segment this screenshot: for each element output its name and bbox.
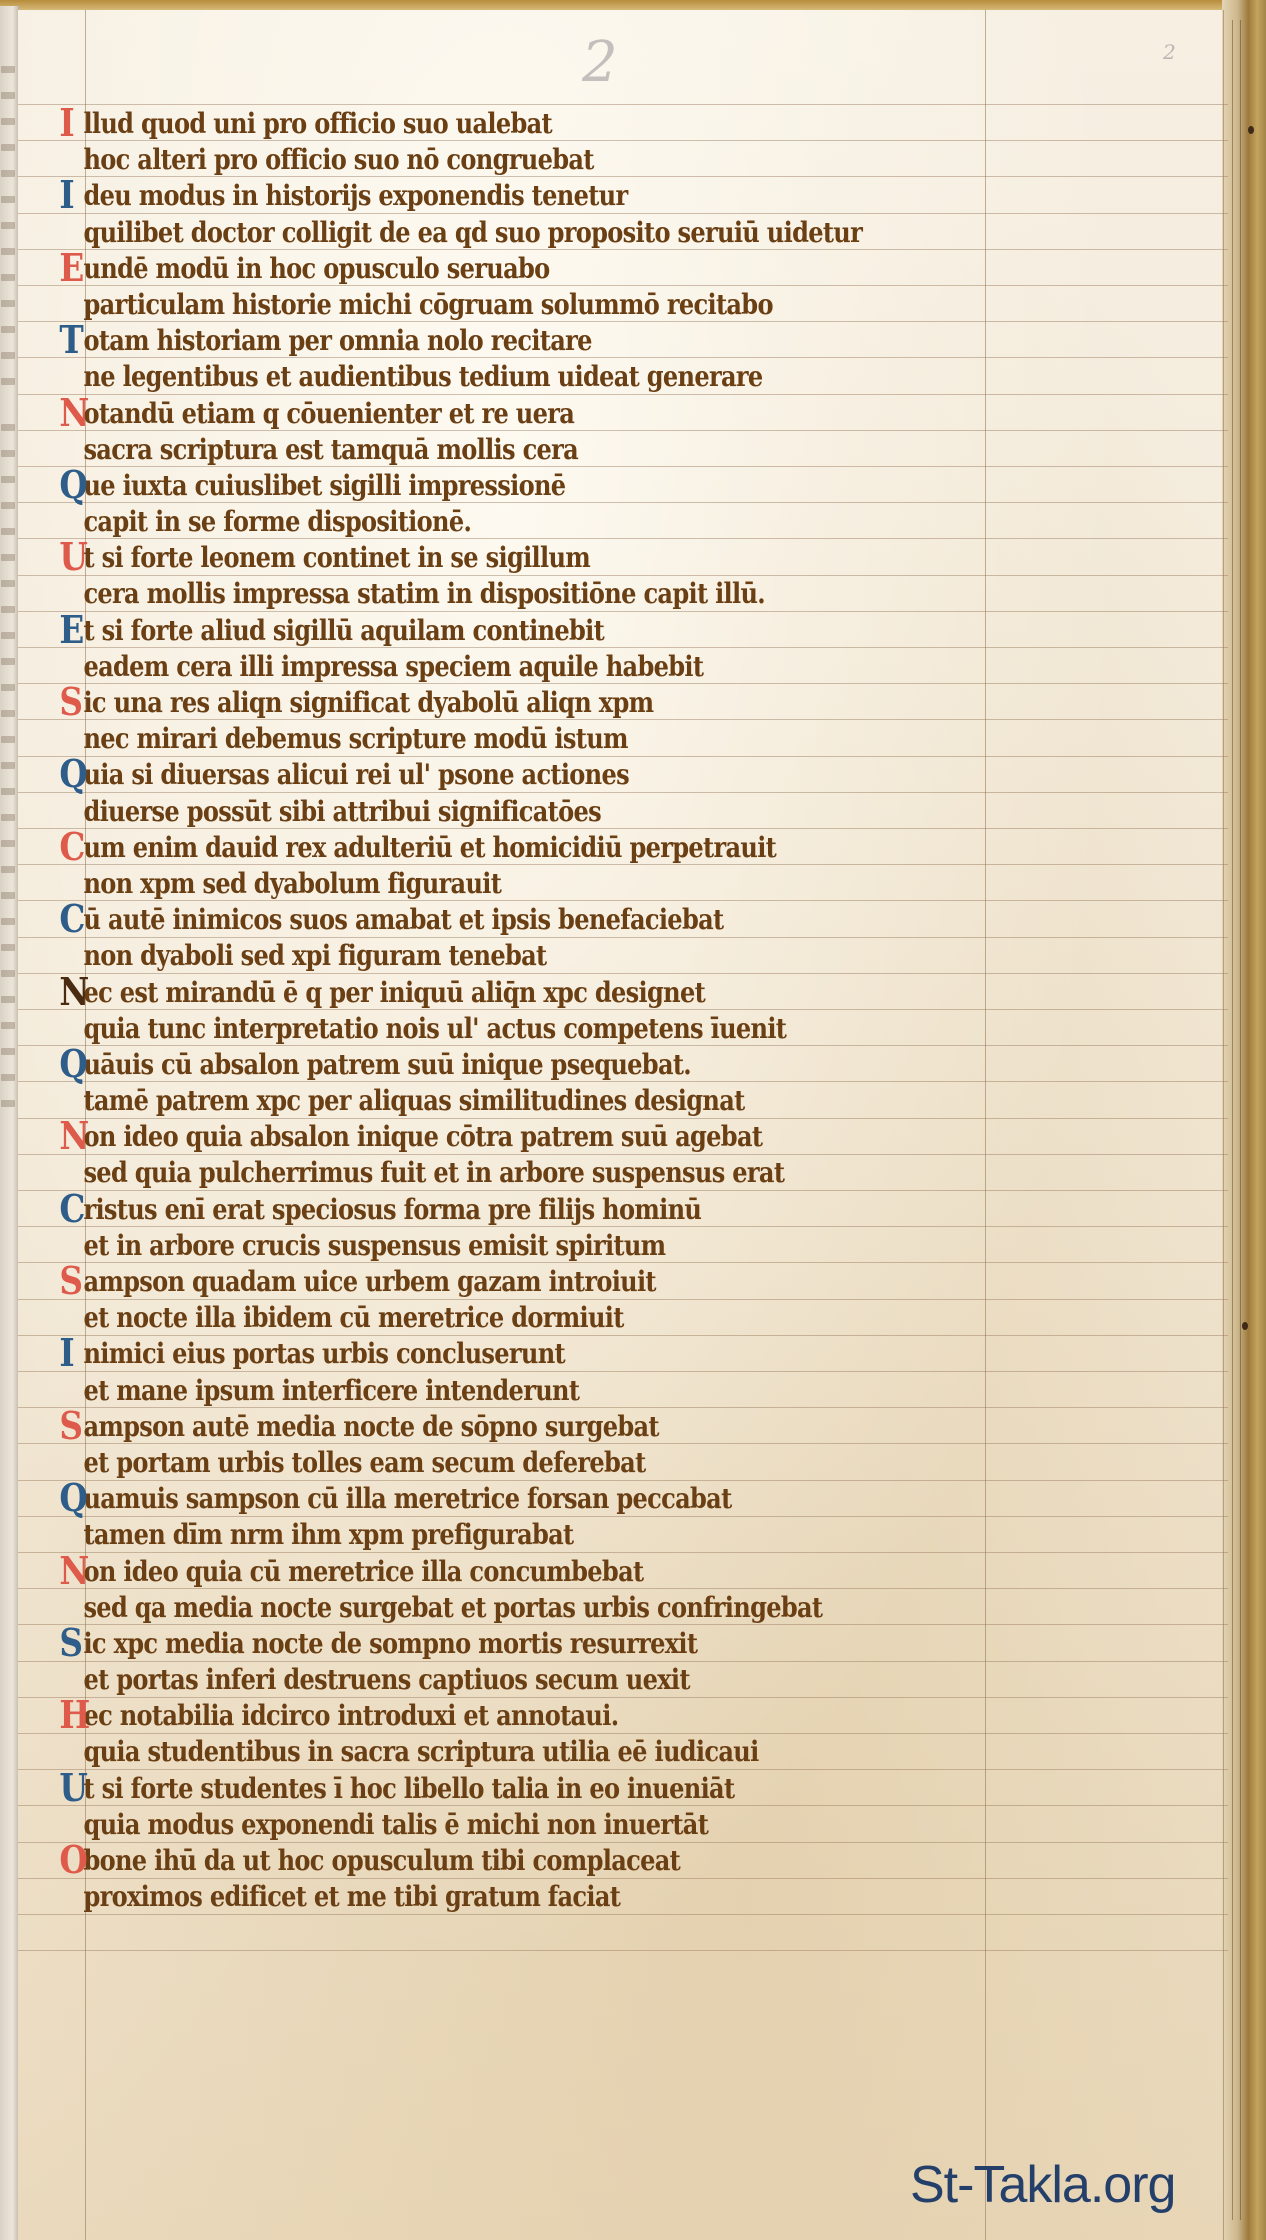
line-text: ampson autē media nocte de sōpno surgeba…	[80, 1410, 659, 1443]
line-text: quia modus exponendi talis ē michi non i…	[80, 1808, 708, 1841]
line-text: nec mirari debemus scripture modū istum	[80, 722, 628, 755]
facing-page-text	[1, 1074, 15, 1081]
manuscript-text-block: Illud quod uni pro officio suo ualebatho…	[80, 106, 980, 1915]
rubricated-initial: I	[59, 1334, 74, 1372]
text-line: quilibet doctor colligit de ea qd suo pr…	[80, 215, 854, 251]
line-text: et nocte illa ibidem cū meretrice dormiu…	[80, 1301, 624, 1334]
line-text: et portam urbis tolles eam secum defereb…	[80, 1446, 646, 1479]
line-text: sed qa media nocte surgebat et portas ur…	[80, 1591, 822, 1624]
facing-page-text	[1, 66, 15, 73]
ruling-right-margin	[985, 10, 986, 2240]
line-text: uamuis sampson cū illa meretrice forsan …	[80, 1482, 732, 1515]
facing-page-text	[1, 450, 15, 457]
line-text: t si forte studentes ī hoc libello talia…	[80, 1772, 734, 1805]
facing-page-text	[1, 300, 15, 307]
text-line: sed qa media nocte surgebat et portas ur…	[80, 1590, 854, 1626]
wormhole-mark	[1248, 126, 1254, 134]
text-line: Et si forte aliud sigillū aquilam contin…	[80, 613, 854, 649]
rubricated-initial: N	[59, 973, 88, 1011]
line-text: diuerse possūt sibi attribui significatō…	[80, 795, 601, 828]
rubricated-initial: C	[59, 1190, 84, 1228]
line-text: undē modū in hoc opusculo seruabo	[80, 252, 550, 285]
text-line: Totam historiam per omnia nolo recitare	[80, 323, 854, 359]
facing-page-text	[1, 528, 15, 535]
facing-page-text	[1, 866, 15, 873]
facing-page-text	[1, 736, 15, 743]
facing-page-text	[1, 840, 15, 847]
text-line: et mane ipsum interficere intenderunt	[80, 1373, 854, 1409]
line-text: on ideo quia absalon inique cōtra patrem…	[80, 1120, 762, 1153]
text-line: Sampson quadam uice urbem gazam introiui…	[80, 1264, 854, 1300]
rubricated-initial: Q	[59, 466, 87, 504]
facing-page-text	[1, 144, 15, 151]
rubricated-initial: H	[59, 1696, 89, 1734]
rubricated-initial: S	[59, 683, 82, 721]
line-text: um enim dauid rex adulteriū et homicidiū…	[80, 831, 776, 864]
facing-page-text	[1, 918, 15, 925]
line-text: ne legentibus et audientibus tedium uide…	[80, 360, 763, 393]
facing-page-text	[1, 632, 15, 639]
line-text: t si forte aliud sigillū aquilam contine…	[80, 614, 604, 647]
facing-page-text	[1, 170, 15, 177]
rubricated-initial: N	[59, 394, 88, 432]
text-line: et in arbore crucis suspensus emisit spi…	[80, 1228, 854, 1264]
line-text: hoc alteri pro officio suo nō congruebat	[80, 143, 594, 176]
text-line: Cristus enī erat speciosus forma pre fil…	[80, 1192, 854, 1228]
line-text: uāuis cū absalon patrem suū inique psequ…	[80, 1048, 691, 1081]
line-text: sacra scriptura est tamquā mollis cera	[80, 433, 578, 466]
line-text: on ideo quia cū meretrice illa concumbeb…	[80, 1555, 643, 1588]
line-text: ristus enī erat speciosus forma pre fili…	[80, 1193, 701, 1226]
line-text: non dyaboli sed xpi figuram tenebat	[80, 939, 546, 972]
line-text: t si forte leonem continet in se sigillu…	[80, 541, 590, 574]
text-line: Que iuxta cuiuslibet sigilli impressionē	[80, 468, 854, 504]
line-text: quia tunc interpretatio nois ul' actus c…	[80, 1012, 786, 1045]
rubricated-initial: S	[59, 1407, 82, 1445]
text-line: quia studentibus in sacra scriptura util…	[80, 1734, 854, 1770]
text-line: sed quia pulcherrimus fuit et in arbore …	[80, 1155, 854, 1191]
line-text: ū autē inimicos suos amabat et ipsis ben…	[80, 903, 723, 936]
line-text: sed quia pulcherrimus fuit et in arbore …	[80, 1156, 784, 1189]
text-line: quia modus exponendi talis ē michi non i…	[80, 1807, 854, 1843]
text-line: Eundē modū in hoc opusculo seruabo	[80, 251, 854, 287]
facing-page-text	[1, 996, 15, 1003]
text-line: Ideu modus in historijs exponendis tenet…	[80, 178, 854, 214]
line-text: ampson quadam uice urbem gazam introiuit	[80, 1265, 656, 1298]
rubricated-initial: E	[59, 611, 83, 649]
facing-page-text	[1, 1100, 15, 1107]
rubricated-initial: T	[59, 321, 83, 359]
facing-page-text	[1, 222, 15, 229]
text-line: capit in se forme dispositionē.	[80, 504, 854, 540]
folio-number-pencil: 2	[582, 30, 618, 95]
line-text: proximos edificet et me tibi gratum faci…	[80, 1880, 620, 1913]
facing-page-text	[1, 788, 15, 795]
rubricated-initial: N	[59, 1552, 88, 1590]
facing-page-text	[1, 762, 15, 769]
text-line: et portam urbis tolles eam secum defereb…	[80, 1445, 854, 1481]
line-text: ic xpc media nocte de sompno mortis resu…	[80, 1627, 697, 1660]
line-text: quia studentibus in sacra scriptura util…	[80, 1735, 759, 1768]
rubricated-initial: I	[59, 176, 74, 214]
facing-page-text	[1, 710, 15, 717]
facing-page-text	[1, 274, 15, 281]
text-line: Ut si forte studentes ī hoc libello tali…	[80, 1771, 854, 1807]
text-line: proximos edificet et me tibi gratum faci…	[80, 1879, 854, 1915]
text-line: non dyaboli sed xpi figuram tenebat	[80, 938, 854, 974]
facing-page-text	[1, 326, 15, 333]
text-line: Sic xpc media nocte de sompno mortis res…	[80, 1626, 854, 1662]
line-text: ec notabilia idcirco introduxi et annota…	[80, 1699, 618, 1732]
rubricated-initial: S	[59, 1262, 82, 1300]
text-line: tamen dīm nrm ihm xpm prefigurabat	[80, 1517, 854, 1553]
facing-page-text	[1, 118, 15, 125]
ruling-line	[18, 1950, 1228, 1951]
fore-edge-line	[1232, 20, 1233, 2220]
top-binding-edge	[0, 0, 1266, 10]
text-line: cera mollis impressa statim in dispositi…	[80, 576, 854, 612]
text-line: Quia si diuersas alicui rei ul' psone ac…	[80, 757, 854, 793]
text-line: particulam historie michi cōgruam solumm…	[80, 287, 854, 323]
line-text: et portas inferi destruens captiuos secu…	[80, 1663, 690, 1696]
line-text: ec est mirandū ē q per iniquū aliq̄n xpc…	[80, 976, 705, 1009]
text-line: Sic una res aliqn significat dyabolū ali…	[80, 685, 854, 721]
fore-edge-line	[1240, 20, 1241, 2220]
line-text: tamē patrem xpc per aliquas similitudine…	[80, 1084, 745, 1117]
text-line: Ut si forte leonem continet in se sigill…	[80, 540, 854, 576]
line-text: particulam historie michi cōgruam solumm…	[80, 288, 773, 321]
text-line: Cum enim dauid rex adulteriū et homicidi…	[80, 830, 854, 866]
facing-page-text	[1, 378, 15, 385]
facing-page-text	[1, 606, 15, 613]
text-line: Hec notabilia idcirco introduxi et annot…	[80, 1698, 854, 1734]
text-line: Inimici eius portas urbis concluserunt	[80, 1336, 854, 1372]
line-text: eadem cera illi impressa speciem aquile …	[80, 650, 703, 683]
line-text: non xpm sed dyabolum figurauit	[80, 867, 501, 900]
facing-page-text	[1, 196, 15, 203]
line-text: tamen dīm nrm ihm xpm prefigurabat	[80, 1518, 573, 1551]
line-text: otandū etiam q cōuenienter et re uera	[80, 397, 574, 430]
text-line: Obone ihū da ut hoc opusculum tibi compl…	[80, 1843, 854, 1879]
rubricated-initial: C	[59, 900, 84, 938]
text-line: Non ideo quia cū meretrice illa concumbe…	[80, 1554, 854, 1590]
text-line: et portas inferi destruens captiuos secu…	[80, 1662, 854, 1698]
rubricated-initial: Q	[59, 1045, 87, 1083]
text-line: non xpm sed dyabolum figurauit	[80, 866, 854, 902]
text-line: et nocte illa ibidem cū meretrice dormiu…	[80, 1300, 854, 1336]
line-text: ic una res aliqn significat dyabolū aliq…	[80, 686, 653, 719]
facing-page-text	[1, 1022, 15, 1029]
facing-page-text	[1, 248, 15, 255]
rubricated-initial: I	[59, 104, 74, 142]
facing-page-text	[1, 892, 15, 899]
line-text: capit in se forme dispositionē.	[80, 505, 471, 538]
line-text: et mane ipsum interficere intenderunt	[80, 1374, 579, 1407]
rubricated-initial: U	[59, 538, 87, 576]
text-line: Sampson autē media nocte de sōpno surgeb…	[80, 1409, 854, 1445]
facing-page-text	[1, 580, 15, 587]
text-line: Illud quod uni pro officio suo ualebat	[80, 106, 854, 142]
folio-number-corner: 2	[1163, 40, 1176, 64]
rubricated-initial: Q	[59, 755, 87, 793]
ruling-outer-margin	[1223, 10, 1224, 2240]
text-line: diuerse possūt sibi attribui significatō…	[80, 794, 854, 830]
rubricated-initial: C	[59, 828, 84, 866]
line-text: et in arbore crucis suspensus emisit spi…	[80, 1229, 665, 1262]
text-line: nec mirari debemus scripture modū istum	[80, 721, 854, 757]
line-text: deu modus in historijs exponendis tenetu…	[80, 179, 627, 212]
text-line: hoc alteri pro officio suo nō congruebat	[80, 142, 854, 178]
line-text: llud quod uni pro officio suo ualebat	[80, 107, 552, 140]
facing-page-text	[1, 352, 15, 359]
line-text: otam historiam per omnia nolo recitare	[80, 324, 592, 357]
facing-page-text	[1, 684, 15, 691]
text-line: Notandū etiam q cōuenienter et re uera	[80, 396, 854, 432]
facing-page-text	[1, 970, 15, 977]
line-text: quilibet doctor colligit de ea qd suo pr…	[80, 216, 862, 249]
watermark: St-Takla.org	[910, 2155, 1175, 2215]
facing-page-text	[1, 554, 15, 561]
line-text: nimici eius portas urbis concluserunt	[80, 1337, 565, 1370]
text-line: Quāuis cū absalon patrem suū inique pseq…	[80, 1047, 854, 1083]
text-line: ne legentibus et audientibus tedium uide…	[80, 359, 854, 395]
text-line: Non ideo quia absalon inique cōtra patre…	[80, 1119, 854, 1155]
rubricated-initial: U	[59, 1769, 87, 1807]
text-line: eadem cera illi impressa speciem aquile …	[80, 649, 854, 685]
text-line: Quamuis sampson cū illa meretrice forsan…	[80, 1481, 854, 1517]
facing-page-text	[1, 814, 15, 821]
rubricated-initial: N	[59, 1117, 88, 1155]
facing-page-edge	[0, 6, 19, 2240]
rubricated-initial: O	[59, 1841, 87, 1879]
rubricated-initial: Q	[59, 1479, 87, 1517]
text-line: tamē patrem xpc per aliquas similitudine…	[80, 1083, 854, 1119]
line-text: cera mollis impressa statim in dispositi…	[80, 577, 765, 610]
facing-page-text	[1, 92, 15, 99]
line-text: bone ihū da ut hoc opusculum tibi compla…	[80, 1844, 680, 1877]
rubricated-initial: S	[59, 1624, 82, 1662]
facing-page-text	[1, 502, 15, 509]
facing-page-text	[1, 944, 15, 951]
wormhole-mark	[1242, 1322, 1248, 1330]
facing-page-text	[1, 424, 15, 431]
text-line: Nec est mirandū ē q per iniquū aliq̄n xp…	[80, 975, 854, 1011]
facing-page-text	[1, 658, 15, 665]
text-line: Cū autē inimicos suos amabat et ipsis be…	[80, 902, 854, 938]
text-line: sacra scriptura est tamquā mollis cera	[80, 432, 854, 468]
line-text: uia si diuersas alicui rei ul' psone act…	[80, 758, 629, 791]
line-text: ue iuxta cuiuslibet sigilli impressionē	[80, 469, 565, 502]
right-binding-edge	[1222, 0, 1266, 2240]
facing-page-text	[1, 476, 15, 483]
facing-page-text	[1, 1048, 15, 1055]
text-line: quia tunc interpretatio nois ul' actus c…	[80, 1011, 854, 1047]
ruling-line	[18, 104, 1228, 105]
rubricated-initial: E	[59, 249, 83, 287]
